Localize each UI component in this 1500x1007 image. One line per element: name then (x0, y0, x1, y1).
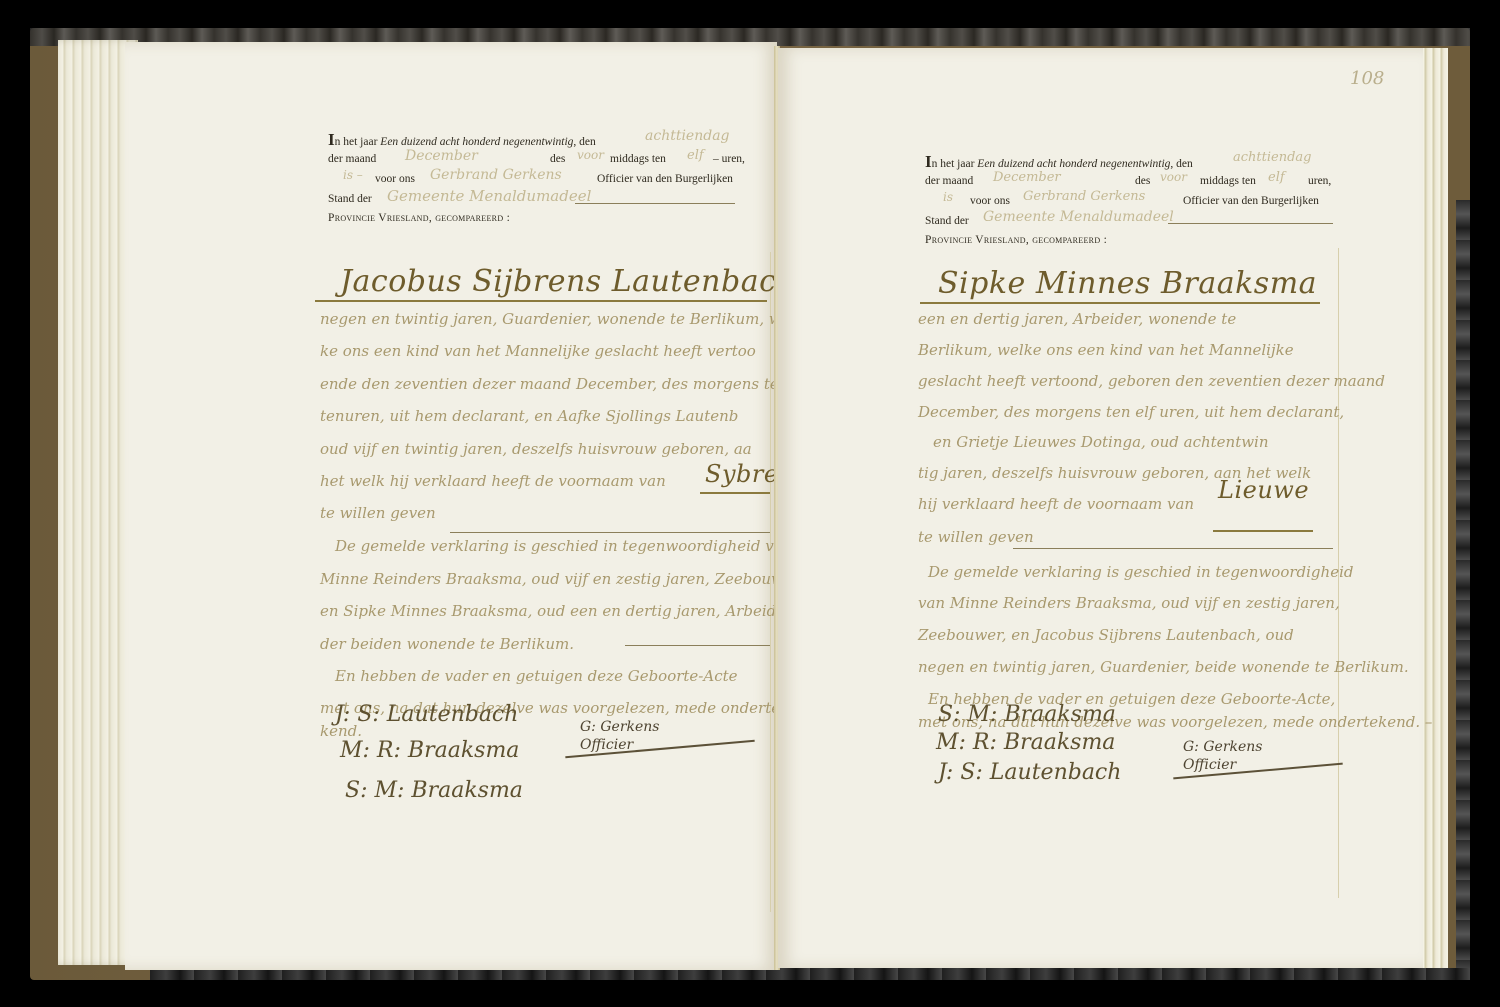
signature: S: M: Braaksma (345, 778, 523, 803)
declarant-name: Sipke Minnes Braaksma (938, 266, 1317, 301)
body-line: ke ons een kind van het Mannelijke gesla… (320, 342, 756, 360)
printed-text: uren, (1308, 175, 1331, 187)
signature: M: R: Braaksma (936, 730, 1115, 755)
handwritten-voor: voor (1160, 170, 1187, 184)
body-line: hij verklaard heeft de voornaam van (918, 495, 1194, 513)
printed-year: Een duizend acht honderd negenentwintig (380, 136, 573, 148)
handwritten-officer-name: Gerbrand Gerkens (1023, 189, 1145, 204)
printed-text: Officier van den Burgerlijken (1183, 195, 1319, 207)
handwritten-month: December (993, 170, 1061, 185)
dropcap: I (328, 130, 335, 149)
header-line-5: Provincie Vriesland, gecompareerd : (328, 209, 510, 228)
witness-line: En hebben de vader en getuigen deze Gebo… (335, 667, 738, 685)
name-underline (315, 300, 767, 302)
printed-text: voor ons (375, 173, 415, 185)
header-line-3b: Officier van den Burgerlijken (1183, 192, 1319, 211)
header-line-2: der maand (925, 172, 973, 191)
child-name-underline (700, 492, 770, 494)
printed-year: Een duizend acht honderd negenentwintig (977, 158, 1170, 170)
handwritten-officer-name: Gerbrand Gerkens (430, 167, 562, 183)
body-line: te willen geven (918, 528, 1034, 546)
witness-line: De gemelde verklaring is geschied in teg… (335, 537, 792, 555)
body-line: een en dertig jaren, Arbeider, wonende t… (918, 310, 1236, 328)
name-underline (920, 302, 1320, 304)
printed-text: Officier van den Burgerlijken (597, 173, 733, 185)
fill-line (1013, 548, 1333, 549)
fill-line (450, 532, 770, 533)
handwritten-is: is – (343, 168, 363, 182)
fill-line (575, 203, 735, 204)
child-name: Lieuwe (1218, 476, 1309, 504)
printed-text: , den (1170, 158, 1192, 170)
printed-text: des (1135, 175, 1150, 187)
printed-text: middags ten (610, 153, 666, 165)
left-page: In het jaar Een duizend acht honderd neg… (125, 42, 777, 970)
printed-text: des (550, 153, 565, 165)
body-line: tenuren, uit hem declarant, en Aafke Sjo… (320, 407, 738, 425)
printed-text: der maand (925, 175, 973, 187)
signature: M: R: Braaksma (340, 738, 519, 763)
signature: J: S: Lautenbach (335, 702, 518, 727)
printed-text: n het jaar (335, 136, 378, 148)
printed-text: n het jaar (932, 158, 975, 170)
fill-line (625, 645, 770, 646)
officer-signature: G: Gerkens Officier (1183, 738, 1262, 774)
fill-line (1168, 223, 1333, 224)
signature: S: M: Braaksma (938, 702, 1116, 727)
header-line-2: der maand (328, 150, 376, 169)
witness-line: negen en twintig jaren, Guardenier, beid… (918, 658, 1409, 676)
handwritten-municipality: Gemeente Menaldumadeel (983, 209, 1174, 225)
header-line-3b: Officier van den Burgerlijken (597, 170, 733, 189)
printed-text: Provincie Vriesland, gecompareerd : (328, 212, 510, 224)
body-line: negen en twintig jaren, Guardenier, wone… (320, 310, 782, 328)
body-line: Berlikum, welke ons een kind van het Man… (918, 341, 1294, 359)
body-line: geslacht heeft vertoond, geboren den zev… (918, 372, 1385, 390)
officer-signature-line: G: Gerkens (1183, 738, 1262, 756)
declarant-name: Jacobus Sijbrens Lautenbach (340, 264, 796, 299)
header-line-5: Provincie Vriesland, gecompareerd : (925, 231, 1107, 250)
handwritten-voor: voor (577, 148, 604, 162)
body-line: oud vijf en twintig jaren, deszelfs huis… (320, 440, 752, 458)
body-line: het welk hij verklaard heeft de voornaam… (320, 472, 666, 490)
body-line: te willen geven (320, 504, 436, 522)
witness-line: en Sipke Minnes Braaksma, oud een en der… (320, 602, 792, 620)
header-line-2c: middags ten (610, 150, 666, 169)
dropcap: I (925, 152, 932, 171)
printed-text: – uren, (713, 153, 745, 165)
header-line-2c: middags ten (1200, 172, 1256, 191)
printed-text: voor ons (970, 195, 1010, 207)
printed-text: middags ten (1200, 175, 1256, 187)
handwritten-municipality: Gemeente Menaldumadeel (387, 187, 591, 205)
officer-signature-line: G: Gerkens (580, 718, 659, 736)
handwritten-is: is (943, 190, 953, 204)
page-number: 108 (1350, 68, 1384, 89)
body-line: December, des morgens ten elf uren, uit … (918, 403, 1344, 421)
handwritten-hour: elf (687, 148, 704, 163)
child-name-underline (1213, 530, 1313, 532)
header-line-4: Stand der (925, 212, 969, 231)
witness-line: De gemelde verklaring is geschied in teg… (928, 563, 1353, 581)
handwritten-hour: elf (1268, 170, 1285, 185)
witness-line: Minne Reinders Braaksma, oud vijf en zes… (320, 570, 800, 588)
witness-line: van Minne Reinders Braaksma, oud vijf en… (918, 594, 1340, 612)
printed-text: Provincie Vriesland, gecompareerd : (925, 234, 1107, 246)
page-stack-right (1420, 48, 1448, 968)
handwritten-day: achttiendag (645, 128, 730, 144)
body-line: ende den zeventien dezer maand December,… (320, 375, 779, 393)
body-line: en Grietje Lieuwes Dotinga, oud achtentw… (933, 433, 1269, 451)
printed-text: Stand der (925, 215, 969, 227)
cover-marble-edge-right (1456, 200, 1470, 970)
signature: J: S: Lautenbach (938, 760, 1121, 785)
printed-text: Stand der (328, 193, 372, 205)
printed-text: , den (573, 136, 595, 148)
header-line-2d: uren, (1308, 172, 1331, 191)
witness-line: Zeebouwer, en Jacobus Sijbrens Lautenbac… (918, 626, 1294, 644)
header-line-4: Stand der (328, 190, 372, 209)
witness-line: der beiden wonende te Berlikum. (320, 635, 574, 653)
handwritten-day: achttiendag (1233, 150, 1311, 165)
printed-text: der maand (328, 153, 376, 165)
right-page: 108 In het jaar Een duizend acht honderd… (778, 48, 1423, 968)
header-line-2d: – uren, (713, 150, 745, 169)
handwritten-month: December (405, 148, 478, 164)
